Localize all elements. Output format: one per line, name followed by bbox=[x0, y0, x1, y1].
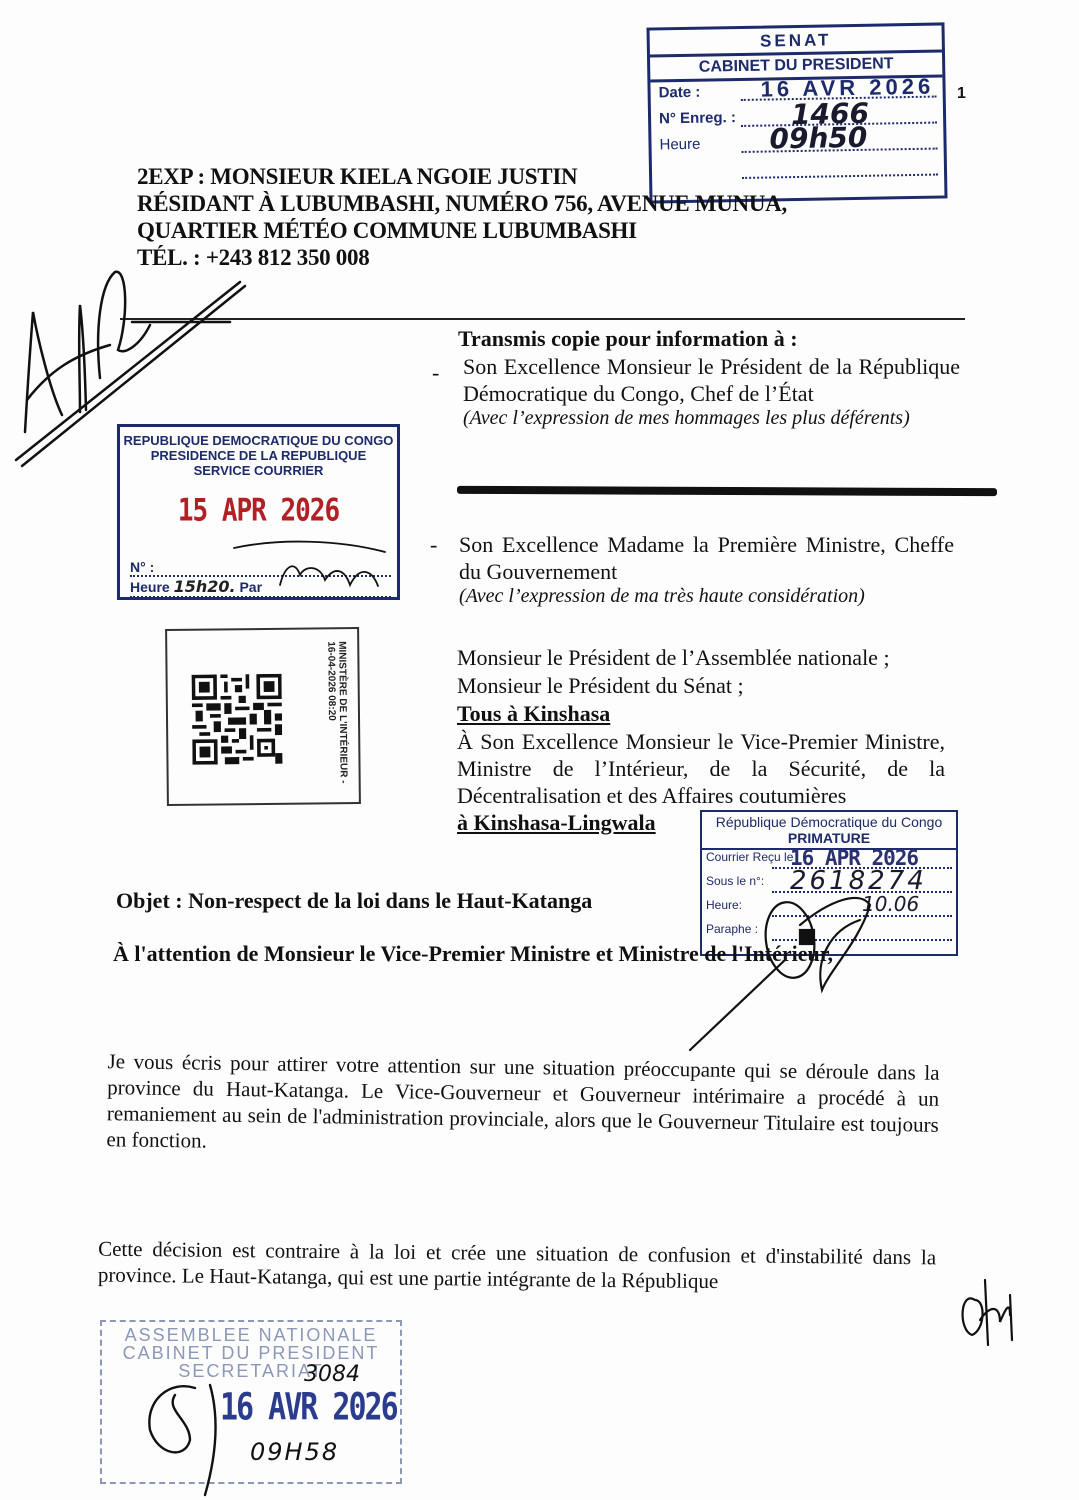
primature-line2: PRIMATURE bbox=[702, 830, 956, 846]
senat-enreg-label: N° Enreg. : bbox=[659, 109, 736, 127]
recipient-president: Son Excellence Monsieur le Président de … bbox=[463, 353, 960, 430]
senat-heure-label: Heure bbox=[659, 136, 700, 154]
recipient-assemblee: Monsieur le Président de l’Assemblée nat… bbox=[457, 644, 947, 672]
attention-line: À l'attention de Monsieur le Vice-Premie… bbox=[113, 941, 833, 967]
page-number: 1 bbox=[957, 85, 966, 103]
other-recipients: Monsieur le Président de l’Assemblée nat… bbox=[457, 644, 947, 837]
primature-heure-row: Heure: 10.06 bbox=[702, 898, 956, 922]
bullet: - bbox=[430, 532, 437, 558]
main-recipient: À Son Excellence Monsieur le Vice-Premie… bbox=[457, 728, 945, 809]
presidence-stamp-header: REPUBLIQUE DEMOCRATIQUE DU CONGO PRESIDE… bbox=[120, 427, 397, 478]
sender-block: 2EXP : MONSIEUR KIELA NGOIE JUSTIN RÉSID… bbox=[137, 163, 787, 271]
qr-code-icon bbox=[192, 674, 283, 765]
assemblee-time: 09H58 bbox=[250, 1438, 339, 1466]
header-divider bbox=[120, 318, 965, 320]
body-paragraph-2: Cette décision est contraire à la loi et… bbox=[98, 1236, 936, 1297]
presidence-heure-label: Heure bbox=[130, 579, 170, 595]
senat-heure-value: 09h50 bbox=[769, 121, 867, 156]
recipient-senat: Monsieur le Président du Sénat ; bbox=[457, 672, 947, 700]
presidence-no-label: N° : bbox=[130, 559, 154, 575]
subject-line: Objet : Non-respect de la loi dans le Ha… bbox=[116, 888, 592, 914]
sender-address-2: QUARTIER MÉTÉO COMMUNE LUBUMBASHI bbox=[137, 217, 787, 244]
presidence-line3: SERVICE COURRIER bbox=[120, 463, 397, 478]
qr-stamp-ministry: MINISTÈRE DE L'INTÉRIEUR - bbox=[336, 641, 348, 783]
interieur-qr-stamp: MINISTÈRE DE L'INTÉRIEUR - 16-04-2026 08… bbox=[165, 627, 361, 806]
assemblee-stamp: ASSEMBLEE NATIONALE CABINET DU PRESIDENT… bbox=[100, 1320, 402, 1484]
bullet: - bbox=[432, 360, 439, 386]
primature-line1: République Démocratique du Congo bbox=[702, 814, 956, 830]
presidence-line1: REPUBLIQUE DEMOCRATIQUE DU CONGO bbox=[120, 433, 397, 448]
primature-stamp: République Démocratique du Congo PRIMATU… bbox=[700, 810, 958, 956]
recipient-president-note: (Avec l’expression de mes hommages les p… bbox=[463, 407, 960, 430]
presidence-par-label: Par bbox=[239, 579, 262, 595]
recipient-president-text: Son Excellence Monsieur le Président de … bbox=[463, 353, 960, 407]
sender-phone: TÉL. : +243 812 350 008 bbox=[137, 244, 787, 271]
assemblee-line1: ASSEMBLEE NATIONALE bbox=[102, 1326, 400, 1344]
qr-stamp-text: MINISTÈRE DE L'INTÉRIEUR - 16-04-2026 08… bbox=[325, 641, 348, 784]
primature-stamp-header: République Démocratique du Congo PRIMATU… bbox=[702, 812, 956, 850]
primature-heure-label: Heure: bbox=[706, 898, 742, 912]
assemblee-date: 16 AVR 2026 bbox=[220, 1386, 397, 1430]
assemblee-number: 3084 bbox=[304, 1362, 360, 1387]
presidence-heure-value: 15h20. bbox=[174, 577, 236, 596]
primature-heure-value: 10.06 bbox=[862, 892, 919, 916]
tous-a-kinshasa: Tous à Kinshasa bbox=[457, 700, 947, 728]
body-paragraph-1: Je vous écris pour attirer votre attenti… bbox=[106, 1048, 939, 1164]
assemblee-line2: CABINET DU PRESIDENT bbox=[102, 1344, 400, 1362]
primature-paraphe-label: Paraphe : bbox=[706, 922, 758, 936]
senat-date-label: Date : bbox=[658, 84, 700, 102]
thick-divider bbox=[457, 486, 997, 496]
recipient-pm-note: (Avec l’expression de ma très haute cons… bbox=[459, 585, 954, 608]
transmis-title: Transmis copie pour information à : bbox=[458, 326, 798, 352]
qr-stamp-datetime: 16-04-2026 08:20 bbox=[325, 641, 337, 721]
recipient-prime-minister: Son Excellence Madame la Première Minist… bbox=[459, 531, 954, 608]
document-page: 1 SENAT CABINET DU PRESIDENT Date : 16 A… bbox=[0, 0, 1079, 1500]
presidence-date: 15 APR 2026 bbox=[120, 493, 397, 529]
primature-num-label: Sous le n°: bbox=[706, 874, 764, 888]
recipient-pm-text: Son Excellence Madame la Première Minist… bbox=[459, 531, 954, 585]
presidence-line2: PRESIDENCE DE LA REPUBLIQUE bbox=[120, 448, 397, 463]
sender-name: 2EXP : MONSIEUR KIELA NGOIE JUSTIN bbox=[137, 163, 787, 190]
presidence-heure-row: Heure 15h20. Par bbox=[130, 577, 391, 598]
presidence-stamp: REPUBLIQUE DEMOCRATIQUE DU CONGO PRESIDE… bbox=[117, 424, 400, 600]
primature-recu-label: Courrier Reçu le bbox=[706, 850, 793, 864]
signature-right-margin-icon bbox=[963, 1280, 1012, 1345]
sender-address-1: RÉSIDANT À LUBUMBASHI, NUMÉRO 756, AVENU… bbox=[137, 190, 787, 217]
presidence-no-row: N° : bbox=[130, 559, 391, 577]
